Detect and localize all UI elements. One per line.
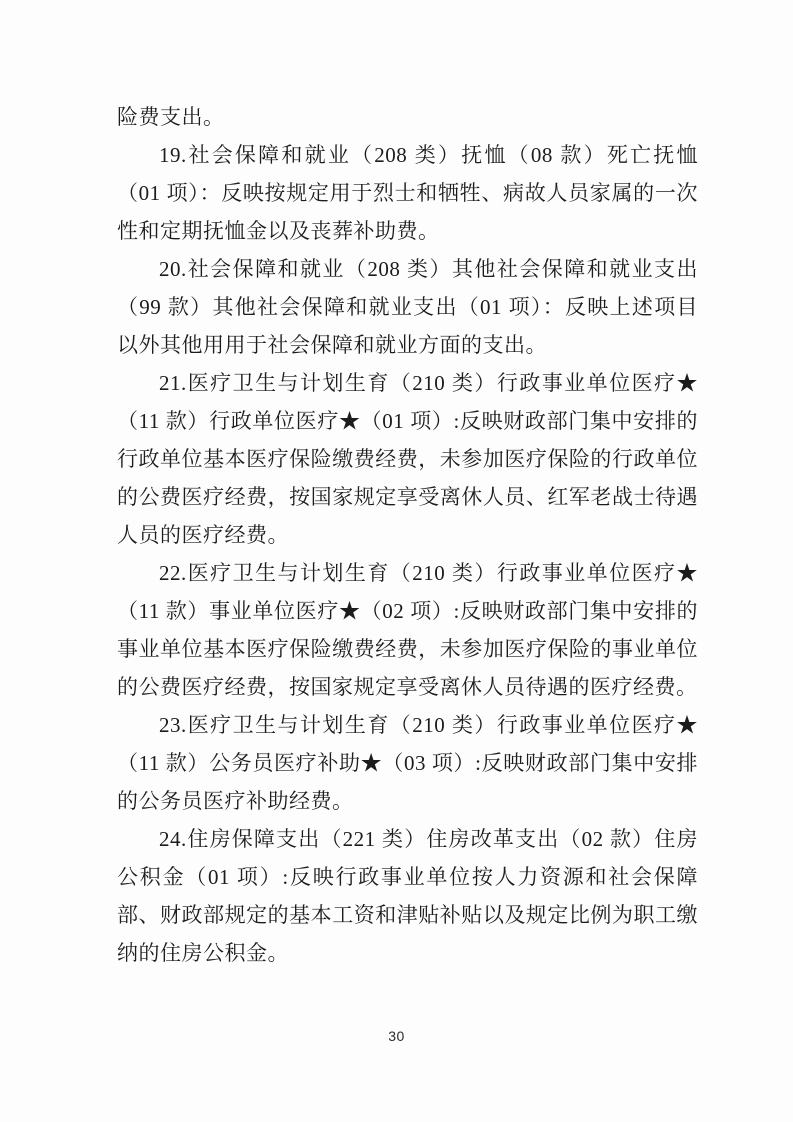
paragraph-item-24: 24.住房保障支出（221 类）住房改革支出（02 款）住房公积金（01 项）:… [117,820,698,972]
document-body: 险费支出。 19.社会保障和就业（208 类）抚恤（08 款）死亡抚恤（01 项… [117,98,698,972]
paragraph-item-20: 20.社会保障和就业（208 类）其他社会保障和就业支出（99 款）其他社会保障… [117,250,698,364]
paragraph-item-22: 22.医疗卫生与计划生育（210 类）行政事业单位医疗★（11 款）事业单位医疗… [117,554,698,706]
page-footer: 30 [0,1028,793,1046]
document-page: 险费支出。 19.社会保障和就业（208 类）抚恤（08 款）死亡抚恤（01 项… [0,0,793,1122]
page-number: 30 [388,1028,405,1044]
paragraph-item-19: 19.社会保障和就业（208 类）抚恤（08 款）死亡抚恤（01 项）：反映按规… [117,136,698,250]
paragraph-item-21: 21.医疗卫生与计划生育（210 类）行政事业单位医疗★（11 款）行政单位医疗… [117,364,698,554]
paragraph-continuation: 险费支出。 [117,98,698,136]
paragraph-item-23: 23.医疗卫生与计划生育（210 类）行政事业单位医疗★（11 款）公务员医疗补… [117,706,698,820]
